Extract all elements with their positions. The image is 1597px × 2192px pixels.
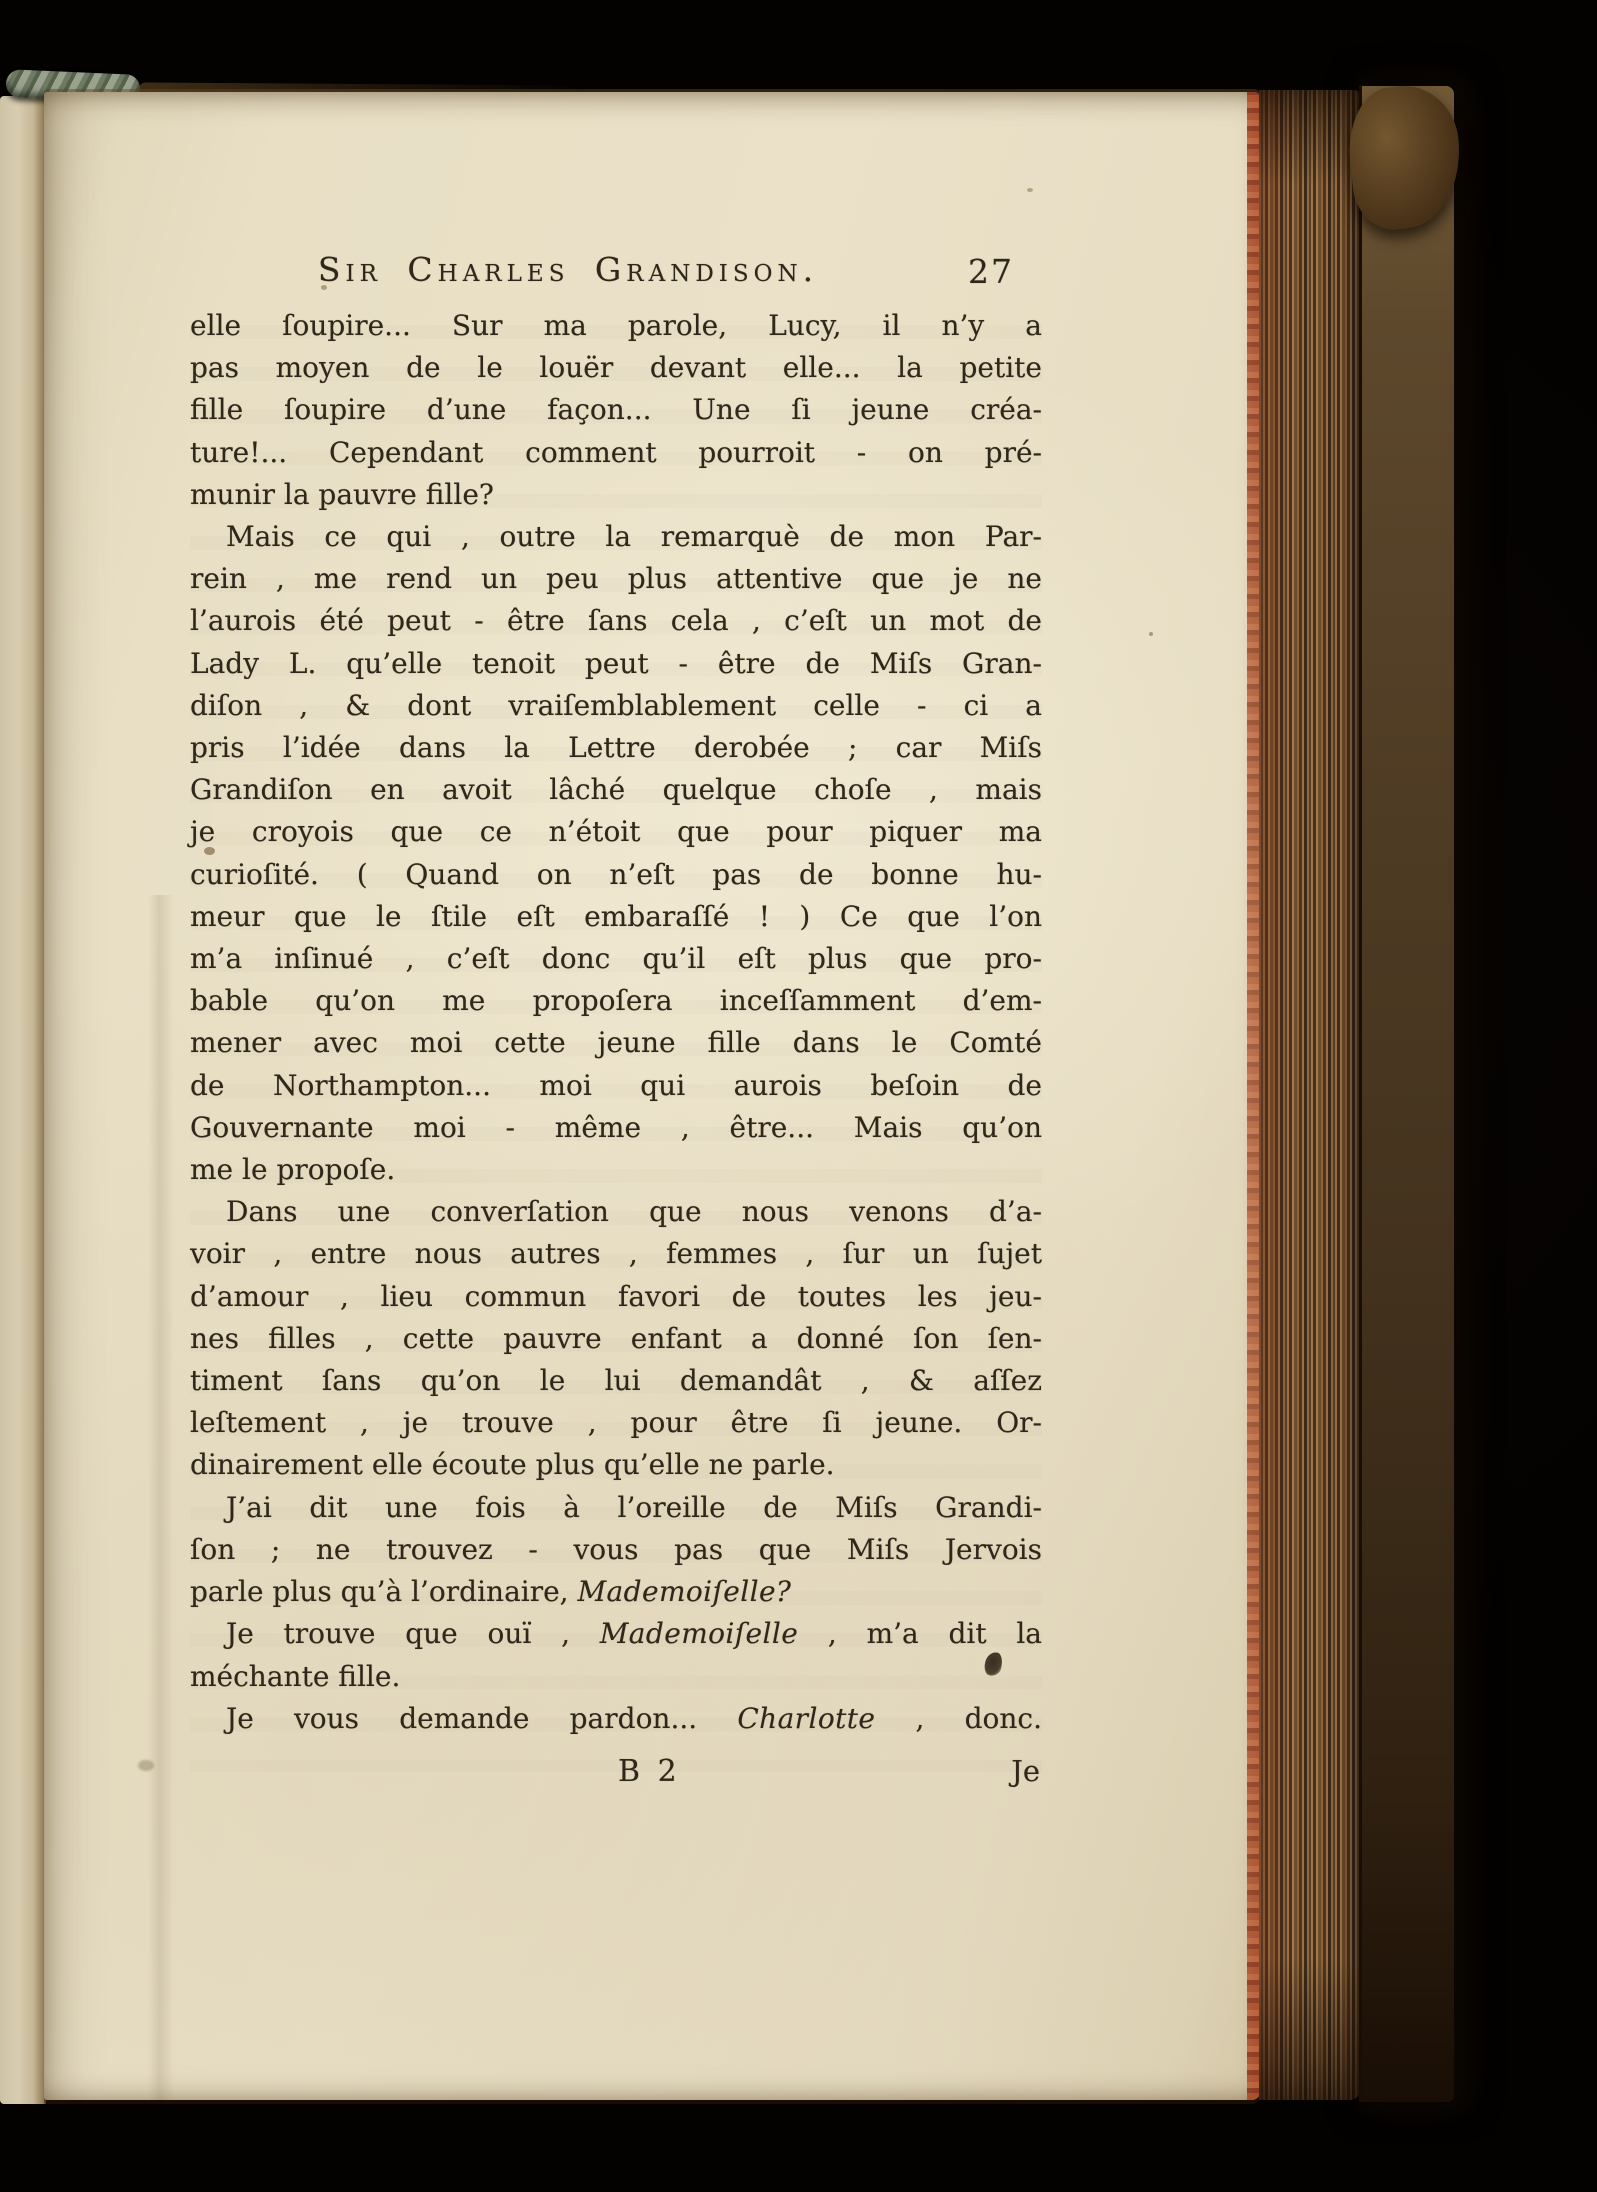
text-segment: parle plus qu’à l’ordinaire, bbox=[190, 1575, 577, 1608]
signature-mark: B 2 bbox=[618, 1754, 681, 1789]
text-line: curioſité. ( Quand on n’eſt pas de bonne… bbox=[190, 854, 1042, 896]
text-segment: meur que le ſtile eſt embaraſſé ! ) Ce q… bbox=[190, 900, 1042, 933]
text-line: Gouvernante moi - même , être... Mais qu… bbox=[190, 1107, 1042, 1149]
text-segment: dinairement elle écoute plus qu’elle ne … bbox=[190, 1448, 835, 1481]
leather-cover-edge bbox=[1359, 86, 1454, 2102]
margin-smudge bbox=[138, 1760, 154, 1771]
text-line: munir la pauvre fille? bbox=[190, 474, 1042, 516]
text-line: m’a inſinué , c’eſt donc qu’il eſt plus … bbox=[190, 938, 1042, 980]
running-header: Sir Charles Grandison. 27 bbox=[190, 250, 1042, 305]
text-segment: l’aurois été peut - être ſans cela , c’e… bbox=[190, 604, 1042, 637]
text-line: leſtement , je trouve , pour être ſi jeu… bbox=[190, 1402, 1042, 1444]
text-line: Grandiſon en avoit lâché quelque choſe ,… bbox=[190, 769, 1042, 811]
text-line: ture!... Cependant comment pourroit - on… bbox=[190, 432, 1042, 474]
text-segment: m’a inſinué , c’eſt donc qu’il eſt plus … bbox=[190, 942, 1042, 975]
text-segment: pris l’idée dans la Lettre derobée ; car… bbox=[190, 731, 1042, 764]
text-line: dinairement elle écoute plus qu’elle ne … bbox=[190, 1444, 1042, 1486]
text-segment: ture!... Cependant comment pourroit - on… bbox=[190, 436, 1042, 469]
text-segment: fille ſoupire d’une façon... Une ſi jeun… bbox=[190, 393, 1042, 426]
paper-crease bbox=[148, 895, 174, 2100]
stacked-page-edges bbox=[1259, 90, 1360, 2100]
text-segment: rein , me rend un peu plus attentive que… bbox=[190, 562, 1042, 595]
text-line: voir , entre nous autres , femmes , ſur … bbox=[190, 1233, 1042, 1275]
text-segment: ſon ; ne trouvez - vous pas que Miſs Jer… bbox=[190, 1533, 1042, 1566]
text-line: me le propoſe. bbox=[190, 1149, 1042, 1191]
text-line: d’amour , lieu commun favori de toutes l… bbox=[190, 1276, 1042, 1318]
text-segment: mener avec moi cette jeune fille dans le… bbox=[190, 1026, 1042, 1059]
page-title: Sir Charles Grandison. bbox=[318, 250, 818, 289]
text-segment: voir , entre nous autres , femmes , ſur … bbox=[190, 1237, 1042, 1270]
text-segment: munir la pauvre fille? bbox=[190, 478, 494, 511]
text-segment: d’amour , lieu commun favori de toutes l… bbox=[190, 1280, 1042, 1313]
text-segment: de Northampton... moi qui aurois beſoin … bbox=[190, 1069, 1042, 1102]
body-text: elle ſoupire... Sur ma parole, Lucy, il … bbox=[190, 305, 1042, 1740]
text-line: Mais ce qui , outre la remarquè de mon P… bbox=[190, 516, 1042, 558]
italic-word: Mademoiſelle bbox=[600, 1617, 798, 1650]
text-line: rein , me rend un peu plus attentive que… bbox=[190, 558, 1042, 600]
text-line: Je trouve que ouï , Mademoiſelle , m’a d… bbox=[190, 1613, 1042, 1655]
text-segment: Mais ce qui , outre la remarquè de mon P… bbox=[226, 520, 1042, 553]
text-line: Dans une converſation que nous venons d’… bbox=[190, 1191, 1042, 1233]
text-line: méchante fille. bbox=[190, 1656, 1042, 1698]
text-segment: Grandiſon en avoit lâché quelque choſe ,… bbox=[190, 773, 1042, 806]
text-segment: diſon , & dont vraiſemblablement celle -… bbox=[190, 689, 1042, 722]
text-line: diſon , & dont vraiſemblablement celle -… bbox=[190, 685, 1042, 727]
text-line: fille ſoupire d’une façon... Une ſi jeun… bbox=[190, 389, 1042, 431]
text-segment: je croyois que ce n’étoit que pour pique… bbox=[190, 815, 1042, 848]
book-page: Sir Charles Grandison. 27 elle ſoupire..… bbox=[44, 92, 1260, 2100]
text-segment: timent ſans qu’on le lui demandât , & aſ… bbox=[190, 1364, 1042, 1397]
italic-word: Mademoiſelle? bbox=[577, 1575, 791, 1608]
text-line: pas moyen de le louër devant elle... la … bbox=[190, 347, 1042, 389]
paper-speck bbox=[204, 847, 215, 855]
text-segment: curioſité. ( Quand on n’eſt pas de bonne… bbox=[190, 858, 1042, 891]
text-line: l’aurois été peut - être ſans cela , c’e… bbox=[190, 600, 1042, 642]
text-line: elle ſoupire... Sur ma parole, Lucy, il … bbox=[190, 305, 1042, 347]
text-line: je croyois que ce n’étoit que pour pique… bbox=[190, 811, 1042, 853]
text-column: Sir Charles Grandison. 27 elle ſoupire..… bbox=[190, 250, 1042, 1798]
text-segment: bable qu’on me propoſera inceſſamment d’… bbox=[190, 984, 1042, 1017]
text-line: meur que le ſtile eſt embaraſſé ! ) Ce q… bbox=[190, 896, 1042, 938]
text-line: parle plus qu’à l’ordinaire, Mademoiſell… bbox=[190, 1571, 1042, 1613]
text-line: de Northampton... moi qui aurois beſoin … bbox=[190, 1065, 1042, 1107]
photo-backdrop: Sir Charles Grandison. 27 elle ſoupire..… bbox=[0, 0, 1597, 2192]
footer-row: B 2 Je bbox=[190, 1754, 1042, 1798]
text-segment: méchante fille. bbox=[190, 1660, 400, 1693]
text-line: J’ai dit une fois à l’oreille de Miſs Gr… bbox=[190, 1487, 1042, 1529]
text-line: timent ſans qu’on le lui demandât , & aſ… bbox=[190, 1360, 1042, 1402]
text-line: Lady L. qu’elle tenoit peut - être de Mi… bbox=[190, 643, 1042, 685]
text-segment: Dans une converſation que nous venons d’… bbox=[226, 1195, 1042, 1228]
text-segment: Gouvernante moi - même , être... Mais qu… bbox=[190, 1111, 1042, 1144]
text-segment: Je vous demande pardon... bbox=[226, 1702, 737, 1735]
text-segment: , donc. bbox=[875, 1702, 1042, 1735]
paper-speck bbox=[321, 285, 327, 290]
text-segment: leſtement , je trouve , pour être ſi jeu… bbox=[190, 1406, 1042, 1439]
text-line: mener avec moi cette jeune fille dans le… bbox=[190, 1022, 1042, 1064]
text-segment: J’ai dit une fois à l’oreille de Miſs Gr… bbox=[226, 1491, 1042, 1524]
text-segment: pas moyen de le louër devant elle... la … bbox=[190, 351, 1042, 384]
text-line: ſon ; ne trouvez - vous pas que Miſs Jer… bbox=[190, 1529, 1042, 1571]
paper-speck bbox=[1027, 188, 1033, 192]
italic-word: Charlotte bbox=[737, 1702, 875, 1735]
text-segment: nes filles , cette pauvre enfant a donné… bbox=[190, 1322, 1042, 1355]
facing-page-fold bbox=[0, 96, 46, 2104]
text-segment: me le propoſe. bbox=[190, 1153, 395, 1186]
page-number: 27 bbox=[968, 252, 1014, 291]
text-segment: Lady L. qu’elle tenoit peut - être de Mi… bbox=[190, 647, 1042, 680]
catchword: Je bbox=[1011, 1754, 1040, 1788]
text-segment: , m’a dit la bbox=[798, 1617, 1042, 1650]
text-segment: elle ſoupire... Sur ma parole, Lucy, il … bbox=[190, 309, 1042, 342]
text-line: nes filles , cette pauvre enfant a donné… bbox=[190, 1318, 1042, 1360]
text-line: Je vous demande pardon... Charlotte , do… bbox=[190, 1698, 1042, 1740]
paper-speck bbox=[1149, 632, 1153, 636]
text-line: bable qu’on me propoſera inceſſamment d’… bbox=[190, 980, 1042, 1022]
text-segment: Je trouve que ouï , bbox=[226, 1617, 600, 1650]
text-line: pris l’idée dans la Lettre derobée ; car… bbox=[190, 727, 1042, 769]
